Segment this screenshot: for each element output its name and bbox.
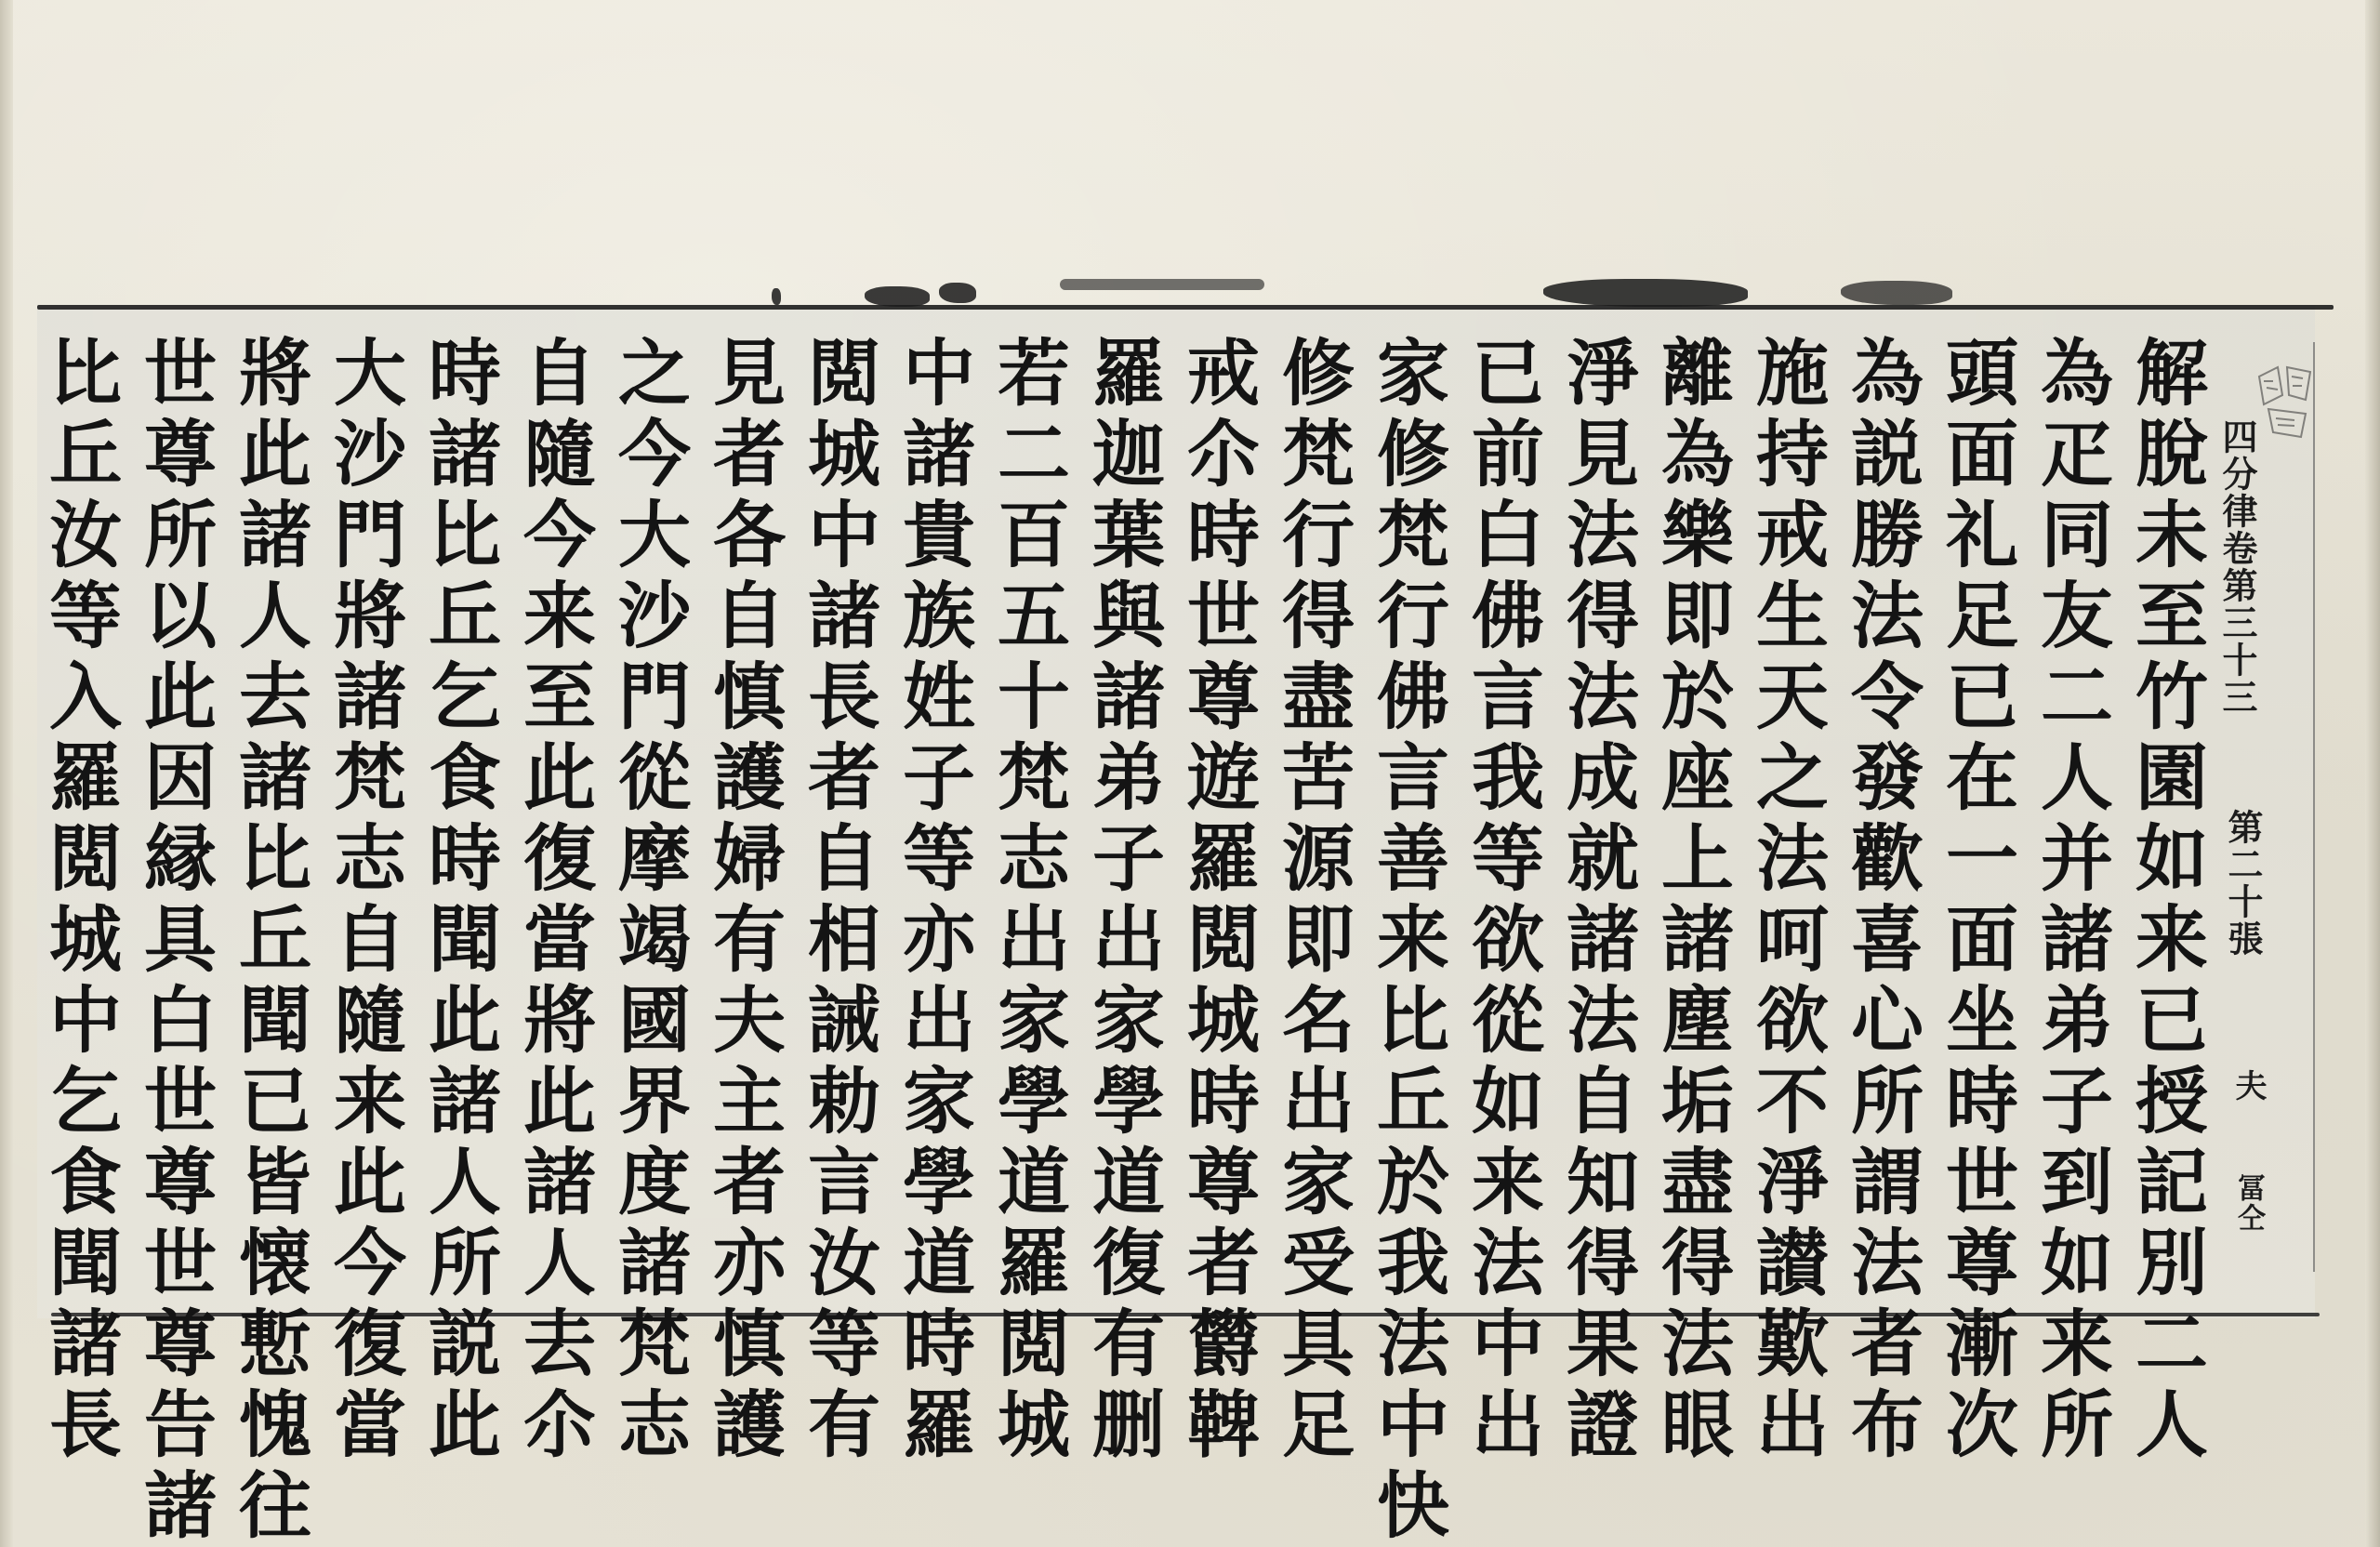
margin-volume-title: 四分律卷第三十三 <box>2216 418 2257 716</box>
ink-smudge <box>1841 281 1952 305</box>
text-column-12: 羅迦葉與諸弟子出家學道復有删 <box>1075 335 1170 1311</box>
text-column-13: 若二百五十梵志出家學道羅閲城 <box>980 335 1075 1311</box>
text-column-8: 已前白佛言我等欲從如来法中出 <box>1454 335 1549 1311</box>
text-column-21: 將此諸人去諸比丘聞已皆懐慙愧往 <box>221 335 316 1311</box>
scanned-page: 四分律卷第三十三 第二十張 夫 冨仝 解脫未至竹園如来已授記別二人 為疋同友二人… <box>0 0 2380 1547</box>
text-column-18: 自隨今来至此復當將此諸人去尒 <box>506 335 601 1311</box>
ink-smudge <box>772 288 781 305</box>
text-column-16: 見者各自慎護婦有夫主者亦慎護 <box>695 335 790 1311</box>
text-column-4: 為説勝法令發歡喜心所謂法者布 <box>1833 335 1928 1311</box>
text-column-14: 中諸貴族姓子等亦出家學道時羅 <box>885 335 980 1311</box>
text-column-19: 時諸比丘乞食時聞此諸人所説此 <box>411 335 506 1311</box>
paper-edge-right <box>2365 0 2380 1547</box>
text-column-7: 淨見法得法成就諸法自知得果證 <box>1549 335 1644 1311</box>
text-column-5: 施持戒生天之法呵欲不淨讃歎出 <box>1739 335 1833 1311</box>
text-column-23: 比丘汝等入羅閲城中乞食聞諸長 <box>32 335 126 1311</box>
text-column-10: 修梵行得盡苦源即名出家受具足 <box>1264 335 1359 1311</box>
text-column-3: 頭面礼足已在一面坐時世尊漸次 <box>1928 335 2023 1311</box>
text-column-2: 為疋同友二人并諸弟子到如来所 <box>2023 335 2118 1311</box>
ink-smudge <box>865 286 930 307</box>
border-top-rule <box>37 305 2334 310</box>
text-column-11: 戒尒時世尊遊羅閲城時尊者欝鞞 <box>1170 335 1264 1311</box>
border-right-rule <box>2313 342 2315 1272</box>
ink-smudge <box>939 283 976 303</box>
text-column-9: 家修梵行佛言善来比丘於我法中快 <box>1359 335 1454 1311</box>
text-column-15: 閲城中諸長者自相誡勅言汝等有 <box>790 335 885 1311</box>
ink-smudge <box>1060 279 1264 290</box>
text-column-6: 離為樂即於座上諸塵垢盡得法眼 <box>1644 335 1739 1311</box>
ink-smudge <box>1543 279 1748 307</box>
text-column-20: 大沙門將諸梵志自隨来此今復當 <box>316 335 411 1311</box>
faded-seal-icon <box>2250 358 2324 451</box>
margin-carver-name: 冨仝 <box>2228 1173 2268 1233</box>
text-columns: 解脫未至竹園如来已授記別二人 為疋同友二人并諸弟子到如来所 頭面礼足已在一面坐時… <box>56 335 2213 1311</box>
margin-page-number: 第二十張 <box>2222 809 2263 958</box>
text-column-22: 世尊所以此因縁具白世尊世尊告諸 <box>126 335 221 1311</box>
margin-carver-mark: 夫 <box>2228 1069 2268 1103</box>
paper-edge-left <box>0 0 13 1547</box>
text-column-1: 解脫未至竹園如来已授記別二人 <box>2118 335 2213 1311</box>
text-column-17: 之今大沙門從摩竭國界度諸梵志 <box>601 335 695 1311</box>
